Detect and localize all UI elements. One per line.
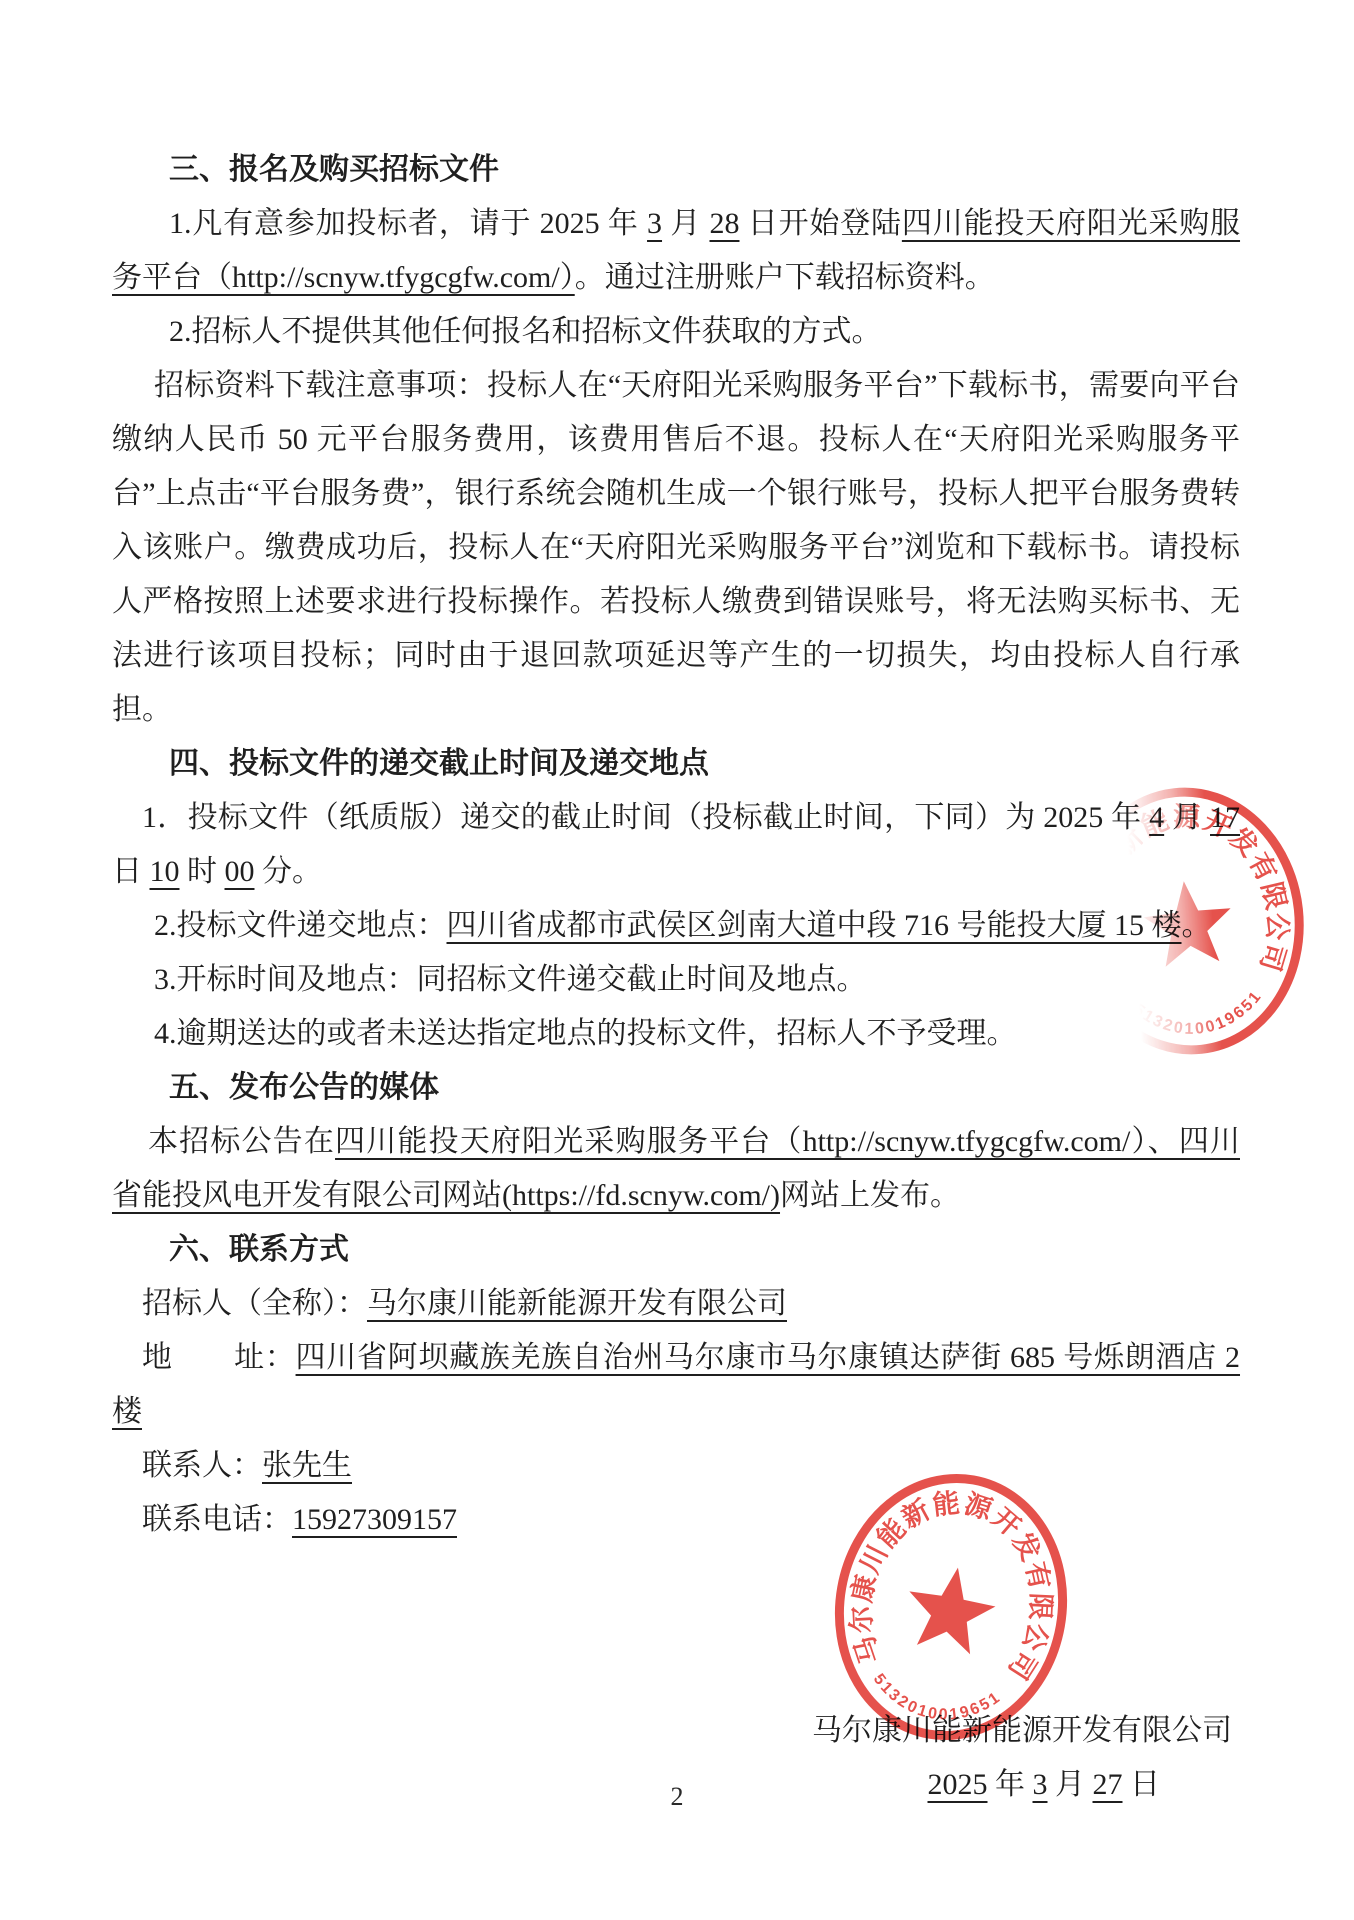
para-overdue: 4.逾期送达的或者未送达指定地点的投标文件，招标人不予受理。 [112, 1007, 1240, 1061]
contact-address: 地 址：四川省阿坝藏族羌族自治州马尔康市马尔康镇达萨街 685 号烁朗酒店 2 … [112, 1331, 1240, 1439]
page-number: 2 [0, 1782, 1354, 1812]
section-heading-media: 五、发布公告的媒体 [112, 1061, 1240, 1115]
section-heading-contact: 六、联系方式 [112, 1223, 1240, 1277]
section-heading-registration: 三、报名及购买招标文件 [112, 143, 1240, 197]
company-seal: 马尔康川能新能源开发有限公司 5132010019651 [809, 1448, 1094, 1765]
star-icon [1140, 877, 1236, 969]
company-seal-partial: 马尔康川能新能源开发有限公司 5132010019651 [1054, 769, 1322, 1073]
signature-company: 马尔康川能新能源开发有限公司 [112, 1704, 1240, 1758]
para-registration-platform: 1.凡有意参加投标者，请于 2025 年 3 月 28 日开始登陆四川能投天府阳… [112, 197, 1240, 305]
star-icon [900, 1560, 1001, 1657]
section-heading-deadline: 四、投标文件的递交截止时间及递交地点 [112, 737, 1240, 791]
para-download-notes: 招标资料下载注意事项：投标人在“天府阳光采购服务平台”下载标书，需要向平台缴纳人… [112, 359, 1240, 737]
contact-person: 联系人：张先生 [112, 1439, 1240, 1493]
para-announcement-media: 本招标公告在四川能投天府阳光采购服务平台（http://scnyw.tfygcg… [112, 1115, 1240, 1223]
para-no-other-method: 2.招标人不提供其他任何报名和招标文件获取的方式。 [112, 305, 1240, 359]
contact-tenderer-name: 招标人（全称）：马尔康川能新能源开发有限公司 [112, 1277, 1240, 1331]
scanned-document-page: 三、报名及购买招标文件 1.凡有意参加投标者，请于 2025 年 3 月 28 … [0, 0, 1354, 1920]
